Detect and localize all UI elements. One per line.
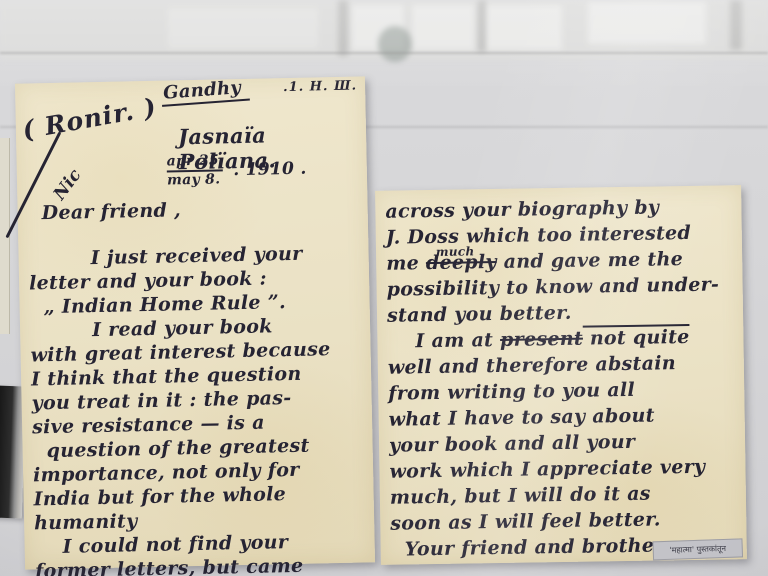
window-mullion-reflection [338,0,348,56]
glass-window-reflection [0,0,768,60]
overlined-text: not quite [583,326,690,350]
corner-annotation: ( Ronir. ) [20,92,159,145]
date-old-style: apr 25 [166,153,223,172]
date-new-style: may 8. [167,171,224,188]
letter-body-page-2: across your biography by J. Doss which t… [385,193,741,562]
letter-line-with-correction: I am at present not quite [387,323,737,354]
line-text: I am at [415,329,500,352]
date-fraction: apr 25 may 8. [166,153,223,188]
window-pane-reflection [588,2,706,44]
window-mullion-reflection [478,0,486,52]
struck-word: present [500,328,583,351]
museum-caption-sticker: 'महात्मा' पुस्तकांतून [652,538,743,560]
letter-line: work which I appreciate very [389,453,739,484]
window-pane-reflection [412,5,474,50]
sticker-text: 'महात्मा' पुस्तकांतून [669,543,726,556]
header-name-gandhy: Gandhy [160,77,250,107]
letter-line: possibility to know and under- [386,271,736,302]
inserted-word: much [436,238,475,265]
window-pane-reflection [168,8,318,48]
line-text: me [386,252,426,275]
shelf-reflection-line [0,52,768,54]
letter-page-1: ( Ronir. ) Nic Gandhy .1. H. Ш. Jasnaïa … [15,76,375,569]
header-initials: .1. H. Ш. [283,79,357,96]
date-block: apr 25 may 8. . 1910 . [166,152,306,188]
window-pane-reflection [486,5,562,50]
window-mullion-reflection [730,0,742,50]
signature-scribble-text: Nic [50,165,86,204]
line-text: and gave me the [497,248,684,273]
letter-page-2: across your biography by J. Doss which t… [375,185,747,565]
struck-word-wrap: deeplymuch [426,249,497,276]
reflection-blob [378,26,412,62]
year: . 1910 . [233,158,307,180]
letter-body-page-1: Dear friend , I just received your lette… [27,194,369,576]
